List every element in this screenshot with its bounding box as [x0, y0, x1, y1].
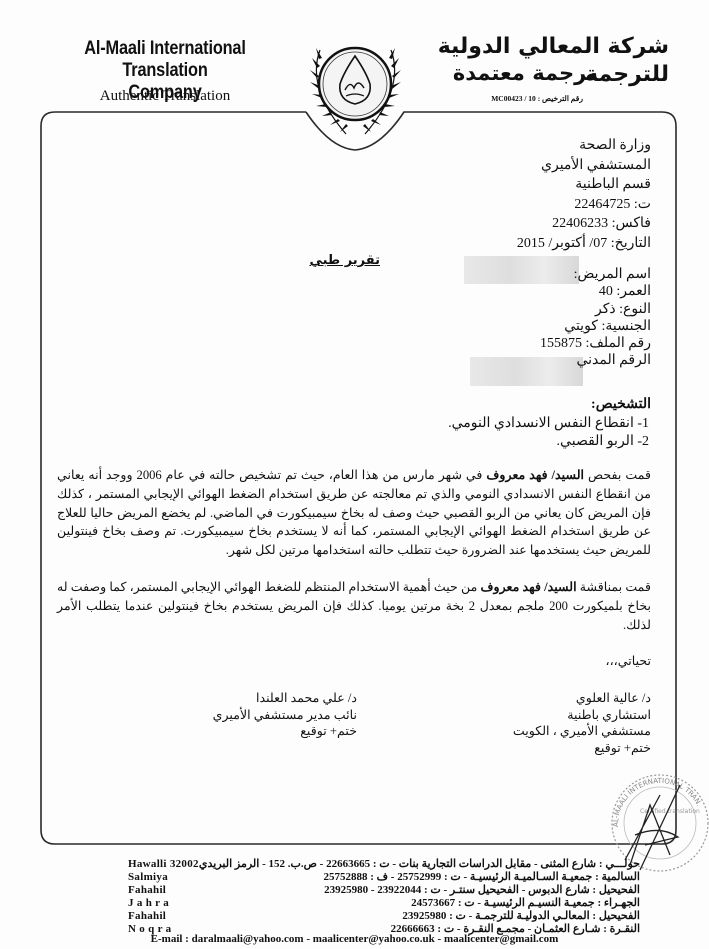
recipient-fax: فاكس: 22406233 — [431, 215, 651, 235]
signatory-org: مستشفي الأميري ، الكويت — [451, 723, 651, 740]
diagnosis-list: 1- انقطاع النفس الانسدادي النومي. 2- الر… — [331, 415, 651, 451]
branch-name-en: Fahahil — [128, 909, 166, 923]
recipient-block: وزارة الصحة المستشفي الأميري قسم الباطني… — [431, 137, 651, 254]
branch-address-ar: الجهـراء : جمعيـة النسيـم الرئيسيـة - ت … — [411, 896, 640, 910]
patient-name-bold: السيد/ فهد معروف — [486, 468, 584, 482]
patient-file-number: رقم الملف: 155875 — [391, 335, 651, 352]
patient-name-bold: السيد/ فهد معروف — [480, 580, 576, 594]
footer-branch-row: Fahahil الفحيحيل : شارع الدبوس - الفحيحي… — [120, 883, 640, 897]
branch-name-en: Hawalli 32002 — [128, 857, 199, 871]
tagline-en: Authentic Translation — [40, 88, 290, 105]
branch-address-ar: حولـــي : شارع المثنى - مقابل الدراسات ا… — [199, 857, 640, 871]
signatory-title: نائب مدير مستشفي الأميري — [157, 707, 357, 724]
recipient-phone: ت: 22464725 — [431, 196, 651, 216]
branch-name-en: Salmiya — [128, 870, 168, 884]
signatory-name: د/ عالية العلوي — [451, 690, 651, 707]
patient-name-label: اسم المريض: — [391, 266, 651, 283]
signatory-title: استشاري باطنية — [451, 707, 651, 724]
branch-address-ar: السالمية : جمعيـة السـالميـة الرئيسيـة -… — [323, 870, 640, 884]
laurel-wreath-logo-icon — [298, 28, 413, 146]
branch-name-en: J a h r a — [128, 896, 169, 910]
report-title: تقرير طبي — [300, 253, 380, 268]
signature-block-1: د/ عالية العلوي استشاري باطنية مستشفي ال… — [451, 690, 651, 756]
footer-branch-row: Fahahil الفحيحيل : المعالـي الدوليـة للت… — [120, 909, 640, 923]
diagnosis-item: 1- انقطاع النفس الانسدادي النومي. — [331, 415, 651, 433]
footer-branch-row: J a h r a الجهـراء : جمعيـة النسيـم الرئ… — [120, 896, 640, 910]
footer-branch-row: Hawalli 32002 حولـــي : شارع المثنى - مق… — [120, 857, 640, 871]
footer-email: E-mail : daralmaali@yahoo.com - maalicen… — [0, 933, 709, 945]
patient-age: العمر: 40 — [391, 283, 651, 300]
recipient-department: قسم الباطنية — [431, 176, 651, 196]
license-number: رقم الترخيص : MC00423 / 10 — [433, 94, 583, 103]
closing-regards: تحياتي،،، — [606, 652, 651, 670]
patient-civil-id-label: الرقم المدني — [391, 352, 651, 369]
patient-info: اسم المريض: العمر: 40 النوع: ذكر الجنسية… — [391, 266, 651, 370]
company-name-en-line1: Al-Maali International Translation — [58, 38, 273, 82]
seal-signature-note: ختم+ توقيع — [157, 723, 357, 740]
recipient-hospital: المستشفي الأميري — [431, 157, 651, 177]
signatory-name: د/ علي محمد العلندا — [157, 690, 357, 707]
branch-address-ar: الفحيحيل : المعالـي الدوليـة للترجمـة - … — [402, 909, 640, 923]
branch-address-ar: الفحيحيل : شارع الدبوس - الفحيحيل سنتـر … — [324, 883, 640, 897]
seal-signature-note: ختم+ توقيع — [451, 740, 651, 757]
tagline-ar: ترجمة معتمدة — [409, 60, 639, 86]
report-paragraph-1: قمت بفحص السيد/ فهد معروف في شهر مارس من… — [57, 466, 651, 560]
patient-gender: النوع: ذكر — [391, 301, 651, 318]
report-date: التاريخ: 07/ أكتوبر/ 2015 — [431, 235, 651, 255]
report-paragraph-2: قمت بمناقشة السيد/ فهد معروف من حيث أهمي… — [57, 578, 651, 634]
paragraph-prefix: قمت بفحص — [584, 468, 651, 482]
branch-name-en: Fahahil — [128, 883, 166, 897]
recipient-ministry: وزارة الصحة — [431, 137, 651, 157]
signature-block-2: د/ علي محمد العلندا نائب مدير مستشفي الأ… — [157, 690, 357, 740]
footer-branch-row: Salmiya السالمية : جمعيـة السـالميـة الر… — [120, 870, 640, 884]
patient-nationality: الجنسية: كويتي — [391, 318, 651, 335]
diagnosis-heading: التشخيص: — [591, 396, 651, 414]
diagnosis-item: 2- الربو القصبي. — [331, 433, 651, 451]
paragraph-prefix: قمت بمناقشة — [577, 580, 651, 594]
